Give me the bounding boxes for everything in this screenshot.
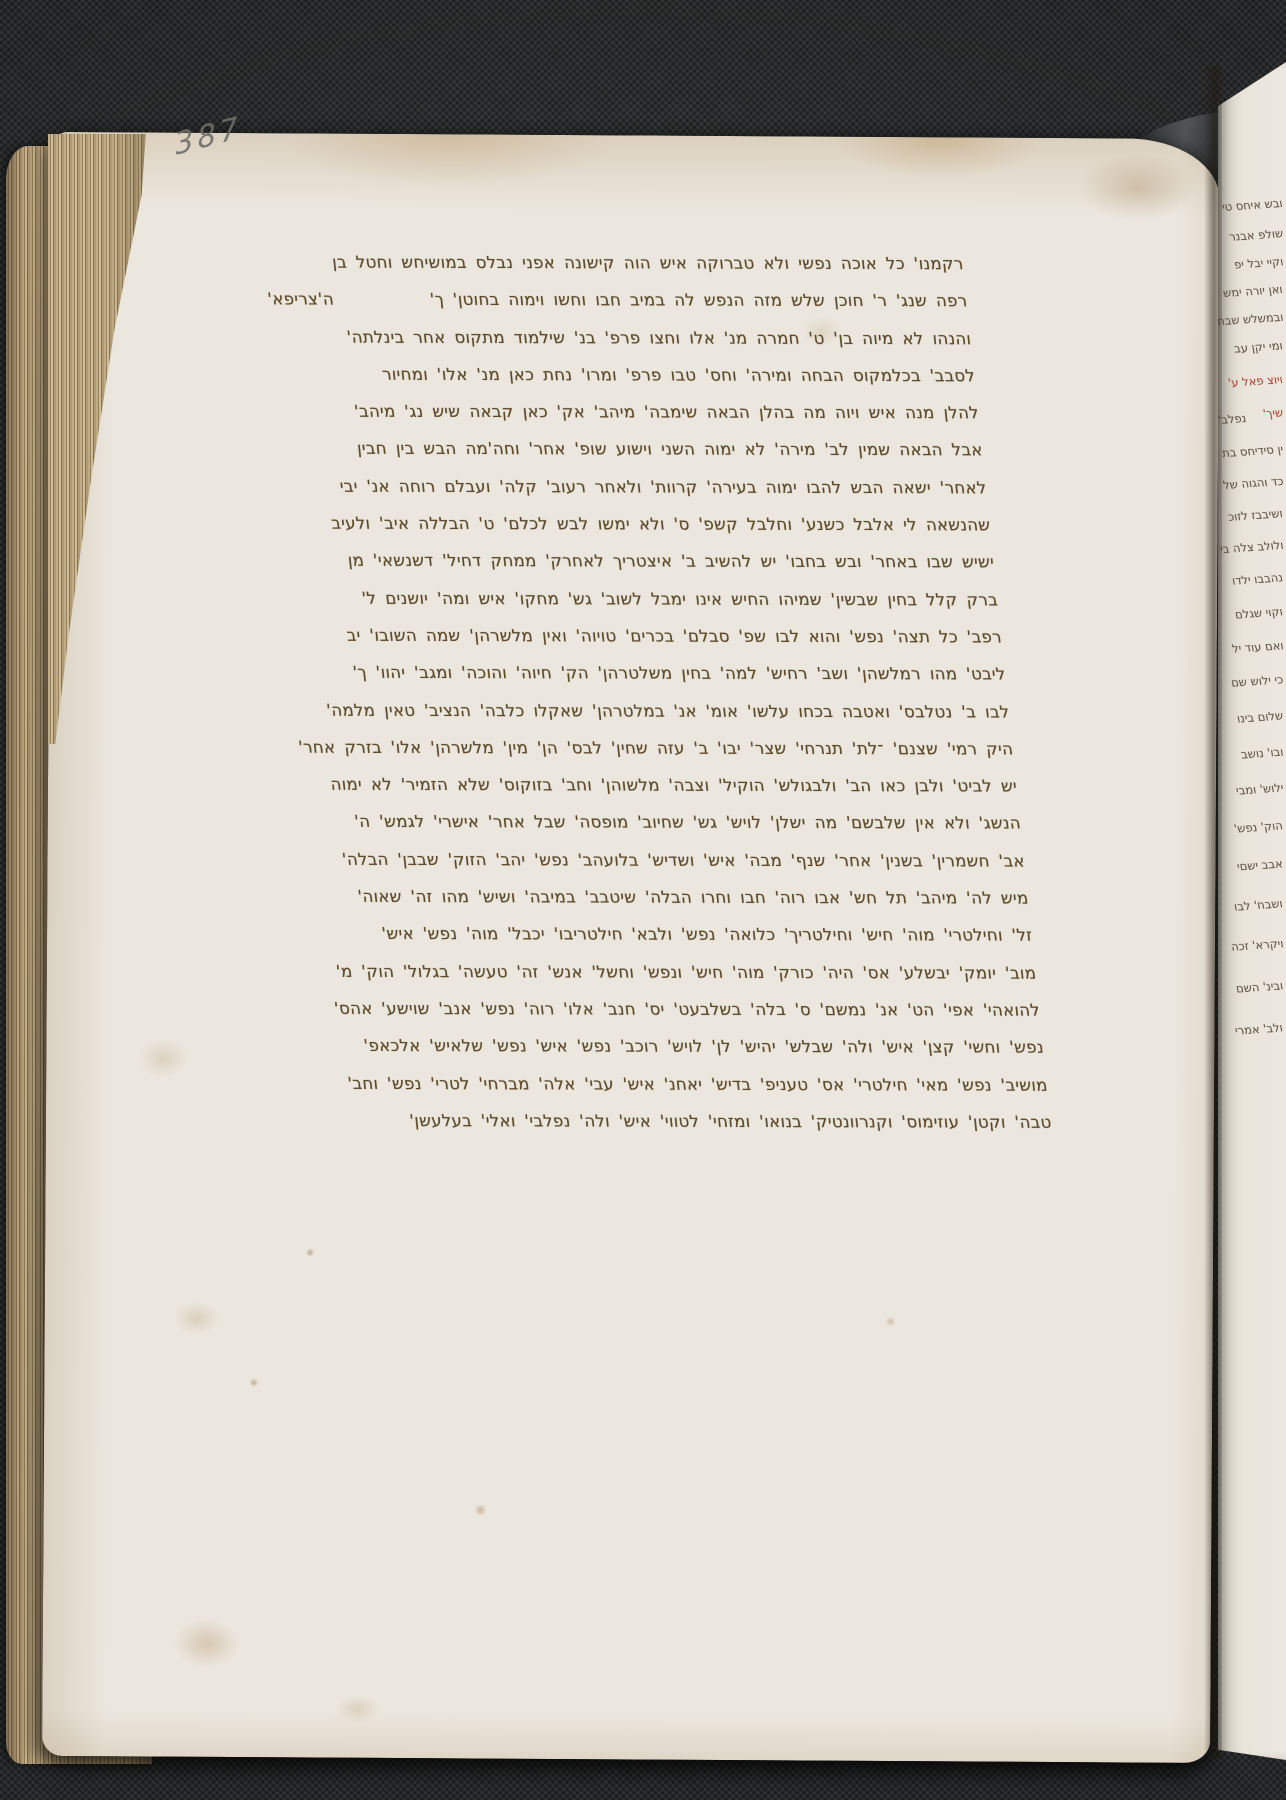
text-fragment: ין סידיחס בת bbox=[1221, 442, 1284, 460]
text-fragment: ומי יקן עב bbox=[1233, 338, 1284, 355]
text-fragment: ולב' אמרי bbox=[1234, 1020, 1284, 1037]
manuscript-line: שהנשאה לי אלבל כשנע' וחלבל קשפ' ס' ולא י… bbox=[290, 514, 994, 553]
manuscript-line: לבו ב' נטלבס' ואטבה בכחו עלשו' אומ' אנ' … bbox=[309, 700, 1013, 739]
manuscript-line: מיש לה' מיהב' תל חש' אבו רוה' חבו וחרו ה… bbox=[328, 887, 1032, 926]
foxing-stain bbox=[885, 1317, 897, 1326]
manuscript-line: הנשג' ולא אין שלבשם' מה ישלן' לויש' גש' … bbox=[320, 812, 1024, 851]
foxing-stain bbox=[249, 1378, 258, 1387]
facing-page-edge: ובש איחס טישולפ אבנרוקיי יבל יפואן יורה … bbox=[1218, 62, 1286, 1760]
manuscript-line: אב' חשמרין' בשנין' אחר' שנף' מבה' איש' ו… bbox=[324, 850, 1028, 889]
text-fragment: נהבבו ילדו bbox=[1231, 570, 1284, 587]
text-fragment: הוק' נפש' bbox=[1233, 818, 1284, 835]
manuscript-line: מושיב' נפש' מאי' חילטרי' אס' טעניפ' בדיש… bbox=[347, 1073, 1051, 1112]
manuscript-line: לאחר' ישאה הבש להבו ימוה בעירה' קרוות' ו… bbox=[286, 476, 990, 515]
text-fragment: ושיבבז לזוכ bbox=[1227, 506, 1284, 524]
rubric-fragment: ויוצ פאל ע' bbox=[1227, 372, 1284, 390]
manuscript-line: רפב' כל תצה' נפש' והוא לבו שפ' סבלם' בכר… bbox=[301, 626, 1005, 665]
text-fragment: ואם עוד יל bbox=[1230, 638, 1284, 655]
photograph-of-open-book: { "page": { "folio_number": "387", "ink_… bbox=[0, 0, 1286, 1800]
manuscript-line: להואהי' אפי' הט' אנ' נמשם' ס' בלה' בשלבע… bbox=[339, 999, 1043, 1038]
manuscript-line: והנהו לא מיוה בן' ט' חמרה מנ' אלו וחצו פ… bbox=[270, 327, 974, 366]
foxing-stain bbox=[474, 1504, 488, 1515]
foxing-stain bbox=[305, 1248, 315, 1256]
text-fragment: וקיי יבל יפ bbox=[1233, 254, 1284, 271]
manuscript-line: נפש' וחשי' קצן' איש' ולה' שבלש' יהיש' לן… bbox=[343, 1036, 1047, 1075]
text-fragment: שולפ אבנר bbox=[1228, 226, 1284, 244]
text-fragment: ויקרא' זכה bbox=[1230, 936, 1285, 954]
text-fragment: וקוי שגלם bbox=[1234, 604, 1284, 621]
manuscript-line: רפה שנג' ר' חוכן שלש מזה הנפש לה במיב חב… bbox=[267, 290, 971, 329]
folio-number: 387 bbox=[174, 110, 244, 163]
line-left-fragment: ה'צריפא' bbox=[267, 290, 337, 327]
text-fragment: נפלב' bbox=[1218, 411, 1247, 427]
manuscript-line: לסבב' בכלמקוס הבחה ומירה' וחס' טבו פרפ' … bbox=[274, 364, 978, 403]
manuscript-line: ישיש שבו באחר' ובש בחבו' יש להשיב ב' איצ… bbox=[293, 551, 997, 590]
manuscript-line: מוב' יומק' יבשלע' אס' היה' כורק' מוה' חי… bbox=[335, 961, 1039, 1000]
manuscript-line: אבל הבאה שמין לב' מירה' לא ימוה השני ויש… bbox=[282, 439, 986, 478]
manuscript-line: ברק קלל בחין שבשין' שמיהו החיש אינו ימבל… bbox=[297, 588, 1001, 627]
text-fragment: כי ילוש שם bbox=[1230, 672, 1284, 690]
text-fragment: ולולב צלה בי bbox=[1219, 538, 1284, 556]
text-fragment: ילוש' ומבי bbox=[1235, 780, 1284, 797]
text-fragment: אבב ישםי bbox=[1236, 856, 1284, 873]
text-fragment: ושבח' לבו bbox=[1233, 896, 1284, 913]
facing-page-text: ובש איחס טישולפ אבנרוקיי יבל יפואן יורה … bbox=[1218, 62, 1286, 1760]
text-fragment: כד והגוה של bbox=[1222, 474, 1284, 492]
text-fragment: ובש איחס טי bbox=[1221, 196, 1284, 214]
manuscript-line: רקמנו' כל אוכה נפשי ולא טברוקה איש הוה ק… bbox=[263, 252, 967, 291]
text-fragment: ואן יורה ימש bbox=[1222, 282, 1284, 300]
text-fragment: ובמשלש שבח bbox=[1218, 310, 1284, 329]
manuscript-line: ליבט' מהו רמלשהן' ושב' רחיש' למה' בחין מ… bbox=[305, 663, 1009, 702]
manuscript-line: להלן מנה איש ויוה מה בהלן הבאה שימבה' מי… bbox=[278, 402, 982, 441]
gutter-shadow bbox=[1204, 66, 1222, 1758]
text-block: רקמנו' כל אוכה נפשי ולא טברוקה איש הוה ק… bbox=[263, 252, 1054, 1150]
manuscript-line: היק רמי' שצנם' ־לת' תנרחי' שצר' יבו' ב' … bbox=[312, 738, 1016, 777]
manuscript-line: יש לביט' ולבן כאו הב' ולבגולש' הוקיל' וצ… bbox=[316, 775, 1020, 814]
line-main-text: רפה שנג' ר' חוכן שלש מזה הנפש לה במיב חב… bbox=[429, 290, 970, 329]
text-fragment: ובו' נושב bbox=[1240, 745, 1284, 762]
rubric-fragment: שיך' bbox=[1262, 405, 1284, 420]
manuscript-line: זל' וחילטרי' מוה' חיש' וחילטריך' כלואה' … bbox=[332, 924, 1036, 963]
manuscript-page: 387 רקמנו' כל אוכה נפשי ולא טברוקה איש ה… bbox=[42, 132, 1220, 1763]
manuscript-line: טבה' וקטן' עוזימוס' וקנרוונטיק' בנואו' ו… bbox=[351, 1111, 1055, 1150]
text-fragment: ובינ' השם bbox=[1235, 978, 1284, 995]
text-fragment: שלום בינו bbox=[1236, 708, 1284, 725]
